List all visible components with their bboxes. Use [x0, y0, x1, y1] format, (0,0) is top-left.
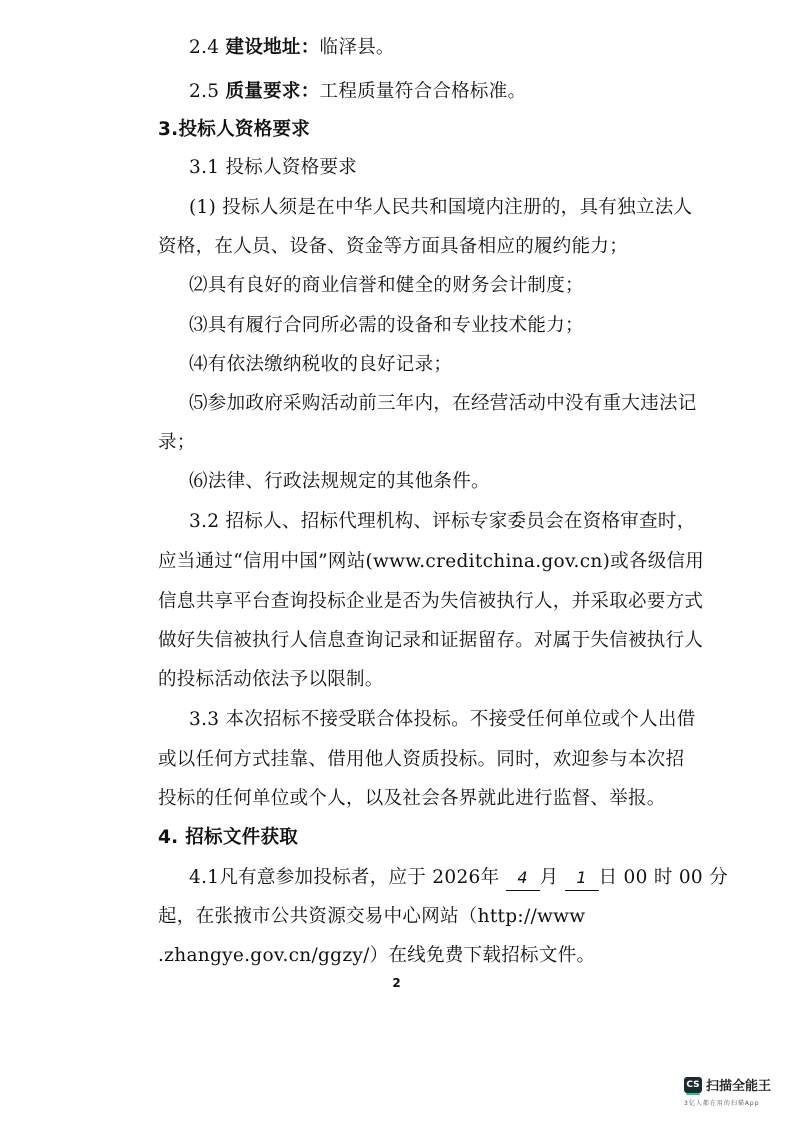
text: 4.1凡有意参加投标者，应于 2026年	[189, 867, 506, 888]
section-4-1-line2: 起，在张掖市公共资源交易中心网站（http://www	[158, 905, 585, 929]
section-number: 2.4	[189, 37, 226, 58]
field-value: 临泽县。	[320, 37, 395, 58]
section-3-heading: 3.投标人资格要求	[158, 118, 310, 142]
field-label: 质量要求：	[226, 81, 320, 102]
section-4-1-line1: 4.1凡有意参加投标者，应于 2026年 4月 1日 00 时 00 分	[189, 866, 728, 891]
section-3-2-line2: 应当通过“信用中国”网站(www.creditchina.gov.cn)或各级信…	[158, 550, 704, 574]
section-3-2-line4: 做好失信被执行人信息查询记录和证据留存。对属于失信被执行人	[158, 629, 703, 653]
field-label: 建设地址：	[226, 37, 320, 58]
requirement-4: ⑷有依法缴纳税收的良好记录；	[189, 353, 452, 377]
text: 月	[540, 867, 565, 888]
requirement-6: ⑹法律、行政法规规定的其他条件。	[189, 470, 490, 494]
section-4-1-line3: .zhangye.gov.cn/ggzy/）在线免费下载招标文件。	[158, 944, 595, 968]
camscanner-logo-icon: CS	[684, 1077, 702, 1093]
section-4-heading: 4. 招标文件获取	[158, 826, 298, 850]
camscanner-watermark: CS 扫描全能王 3亿人都在用的扫描App	[684, 1075, 789, 1107]
requirement-5-line1: ⑸参加政府采购活动前三年内，在经营活动中没有重大违法记	[189, 392, 697, 416]
section-3-3-line2: 或以任何方式挂靠、借用他人资质投标。同时，欢迎参与本次招	[158, 748, 684, 772]
text: 日 00 时 00 分	[599, 867, 728, 888]
field-value: 工程质量符合合格标准。	[320, 81, 527, 102]
section-2-4: 2.4 建设地址：临泽县。	[189, 36, 395, 60]
handwritten-day: 1	[565, 866, 599, 891]
requirement-5-line2: 录；	[158, 431, 196, 455]
section-3-3-line1: 3.3 本次招标不接受联合体投标。不接受任何单位或个人出借	[189, 708, 696, 732]
requirement-1-line1: (1) 投标人须是在中华人民共和国境内注册的，具有独立法人	[189, 196, 692, 220]
section-number: 2.5	[189, 81, 226, 102]
watermark-tagline: 3亿人都在用的扫描App	[684, 1098, 789, 1107]
handwritten-month: 4	[506, 866, 540, 891]
section-3-1: 3.1 投标人资格要求	[189, 156, 357, 180]
section-3-3-line3: 投标的任何单位或个人，以及社会各界就此进行监督、举报。	[158, 787, 666, 811]
requirement-3: ⑶具有履行合同所必需的设备和专业技术能力；	[189, 314, 584, 338]
section-3-2-line3: 信息共享平台查询投标企业是否为失信被执行人，并采取必要方式	[158, 590, 703, 614]
page-number: 2	[0, 976, 793, 990]
section-3-2-line1: 3.2 招标人、招标代理机构、评标专家委员会在资格审查时，	[189, 510, 696, 534]
requirement-2: ⑵具有良好的商业信誉和健全的财务会计制度；	[189, 274, 584, 298]
requirement-1-line2: 资格，在人员、设备、资金等方面具备相应的履约能力；	[158, 235, 628, 259]
section-3-2-line5: 的投标活动依法予以限制。	[158, 668, 384, 692]
section-2-5: 2.5 质量要求：工程质量符合合格标准。	[189, 80, 526, 104]
watermark-app-name: 扫描全能王	[706, 1075, 771, 1094]
